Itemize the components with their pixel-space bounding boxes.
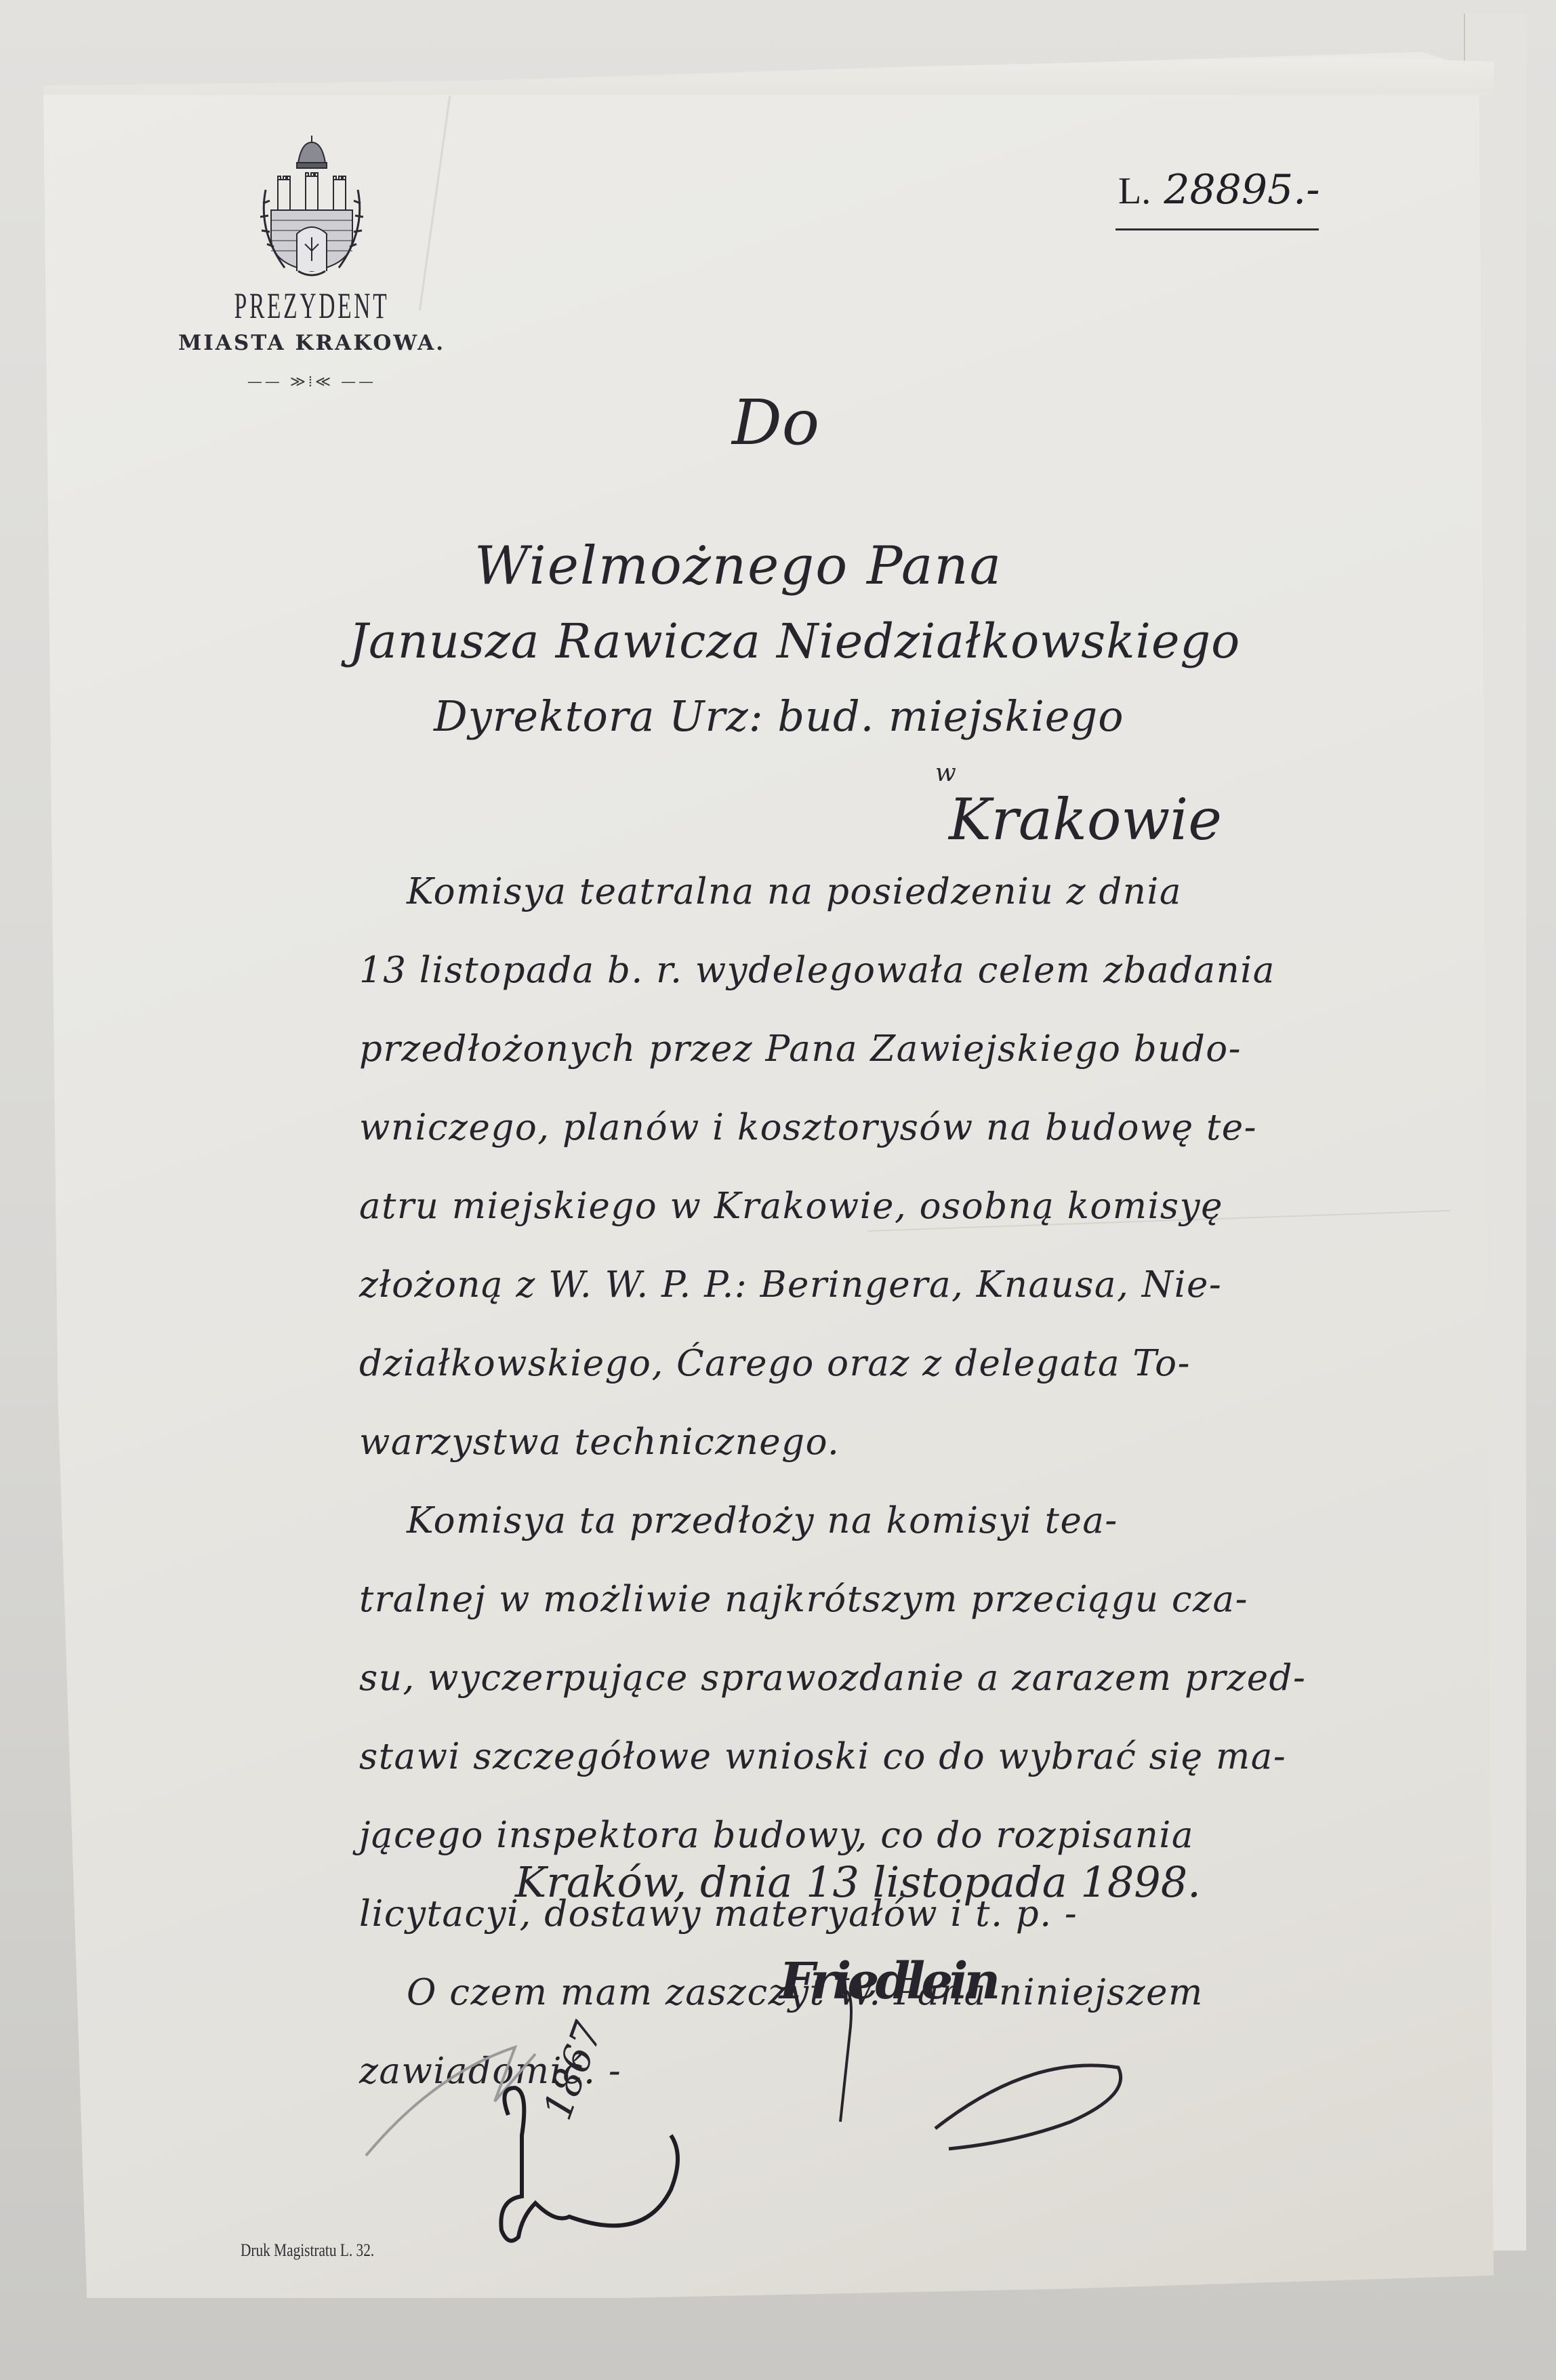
- body-line: atru miejskiego w Krakowie, osobną komis…: [359, 1186, 1471, 1264]
- letterhead: PREZYDENT MIASTA KRAKOWA. —— ≫⁞≪ ——: [136, 136, 488, 390]
- body-line: złożoną z W. W. P. P.: Beringera, Knausa…: [359, 1264, 1471, 1343]
- letterhead-ornament: —— ≫⁞≪ ——: [136, 373, 488, 390]
- addressee-preposition: w: [935, 759, 956, 787]
- signature-flourish-icon: [813, 1986, 1166, 2162]
- reference-prefix: L.: [1118, 170, 1151, 212]
- reference-number: L. 28895.-: [1118, 166, 1320, 214]
- body-line: Komisya ta przedłoży na komisyi tea-: [359, 1500, 1471, 1579]
- body-line: tralnej w możliwie najkrótszym przeciągu…: [359, 1579, 1471, 1657]
- body-line: działkowskiego, Ćarego oraz z delegata T…: [359, 1343, 1471, 1421]
- dateline: Kraków, dnia 13 listopada 1898.: [515, 1857, 1201, 1907]
- addressee-city-name: Krakowie: [949, 786, 1222, 853]
- addressee-title: Dyrektora Urz: bud. miejskiego: [434, 691, 1124, 741]
- letterhead-subtitle: MIASTA KRAKOWA.: [136, 331, 488, 355]
- addressee-city: w Krakowie: [949, 786, 1222, 853]
- body-line: warzystwa technicznego.: [359, 1421, 1471, 1500]
- body-line: su, wyczerpujące sprawozdanie a zarazem …: [359, 1657, 1471, 1736]
- letter-body: Komisya teatralna na posiedzeniu z dnia …: [359, 871, 1471, 2129]
- body-line: stawi szczegółowe wnioski co do wybrać s…: [359, 1736, 1471, 1815]
- reference-underline: [1115, 228, 1319, 230]
- coat-of-arms-icon: [251, 136, 373, 278]
- addressee-name: Janusza Rawicza Niedziałkowskiego: [349, 613, 1240, 669]
- body-line: Komisya teatralna na posiedzeniu z dnia: [359, 871, 1471, 950]
- body-line: wniczego, planów i kosztorysów na budowę…: [359, 1107, 1471, 1186]
- body-line: 13 listopada b. r. wydelegowała celem zb…: [359, 950, 1471, 1028]
- letterhead-title: PREZYDENT: [203, 285, 421, 327]
- salutation: Do: [732, 386, 819, 459]
- printer-imprint: Druk Magistratu L. 32.: [241, 2240, 374, 2261]
- addressee-honorific: Wielmożnego Pana: [474, 536, 1002, 597]
- body-line: przedłożonych przez Pana Zawiejskiego bu…: [359, 1028, 1471, 1107]
- reference-value: 28895.-: [1164, 166, 1319, 214]
